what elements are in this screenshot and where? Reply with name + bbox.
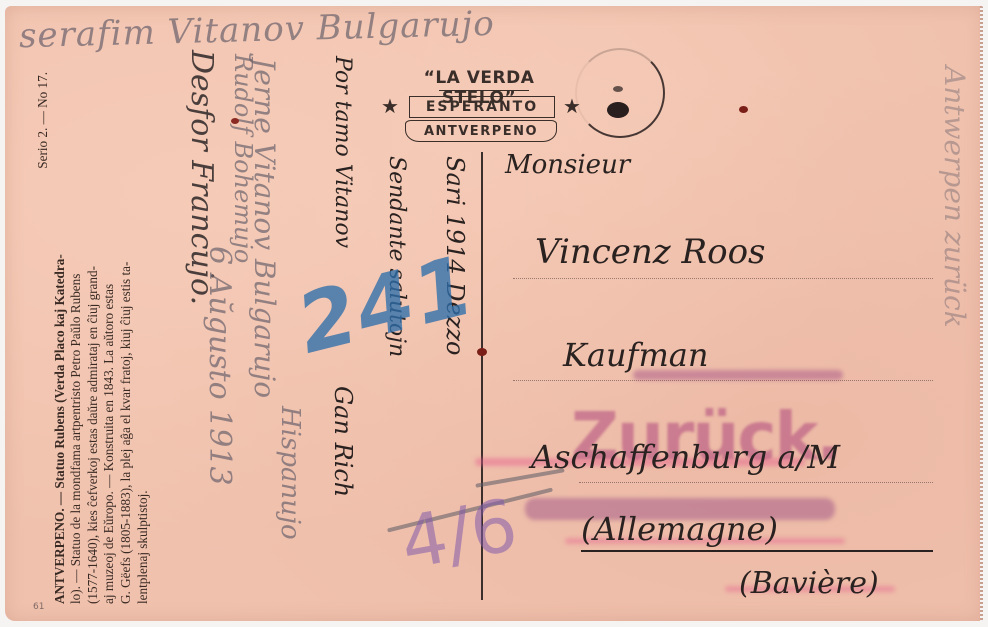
postmark-ink xyxy=(607,102,629,118)
handwritten-message-1: Por tamo Vitanov xyxy=(330,56,355,248)
address-salutation: Monsieur xyxy=(505,150,630,180)
printed-caption: Serio 2. — No 17. ANTVERPENO. — Statuo R… xyxy=(35,44,151,604)
address-line xyxy=(513,380,933,381)
address-country: (Allemagne) xyxy=(581,510,778,548)
caption-line: aj muzeoj de Eŭropo. — Konstruita en 184… xyxy=(101,44,118,604)
address-region: (Bavière) xyxy=(739,566,879,601)
stamp-rule xyxy=(439,90,529,91)
ink-spot xyxy=(477,348,487,356)
handwritten-top-line: serafim Vitanov Bulgarujo xyxy=(19,6,496,56)
postcard-back: Serio 2. — No 17. ANTVERPENO. — Statuo R… xyxy=(5,6,983,621)
caption-line: (1577-1640), kies ĉefverkoj estas daŭre … xyxy=(85,44,102,604)
handwritten-message-3: Gan Rich xyxy=(329,386,357,497)
address-line xyxy=(579,482,933,483)
postmark-ink xyxy=(613,86,623,92)
ink-spot xyxy=(231,118,239,124)
ink-spot xyxy=(739,106,748,113)
handwritten-date: 6 Aŭgusto 1913 xyxy=(202,246,237,486)
postmark-circle xyxy=(575,48,665,138)
address-city: Aschaffenburg a/M xyxy=(531,438,840,476)
address-line xyxy=(513,278,933,279)
address-underline xyxy=(581,550,933,552)
caption-line: lentplenaj skulptistoj. xyxy=(135,44,152,604)
violet-crayon-mark: 4/6 xyxy=(395,483,524,586)
handwritten-faint-right: Antwerpen zurück xyxy=(938,66,971,328)
caption-line: G. Gëefs (1805-1883), la plej aĝa el kva… xyxy=(118,44,135,604)
perforated-edge xyxy=(980,6,983,621)
caption-series: Serio 2. — No 17. xyxy=(35,44,52,604)
address-name: Vincenz Roos xyxy=(535,232,766,272)
margin-number: 61 xyxy=(33,602,44,612)
caption-line: lo). — Statuo de la mondfama artpentrist… xyxy=(68,44,85,604)
stamp-ribbon-text: ANTVERPENO xyxy=(405,120,557,142)
address-occupation: Kaufman xyxy=(563,336,708,374)
star-icon: ★ xyxy=(381,96,399,116)
pencil-stroke xyxy=(475,468,564,488)
la-verda-stelo-stamp: “LA VERDA STELO” ★ ESPERANTO ★ ANTVERPEN… xyxy=(383,68,583,150)
handwritten-signature-3: Rudolf Bohemujo xyxy=(229,54,257,263)
caption-heading: ANTVERPENO. — Statuo Rubens (Verda Placo… xyxy=(52,254,67,604)
handwritten-signature-4: Hispanujo xyxy=(275,406,305,540)
stamp-box-text: ESPERANTO xyxy=(409,96,555,118)
